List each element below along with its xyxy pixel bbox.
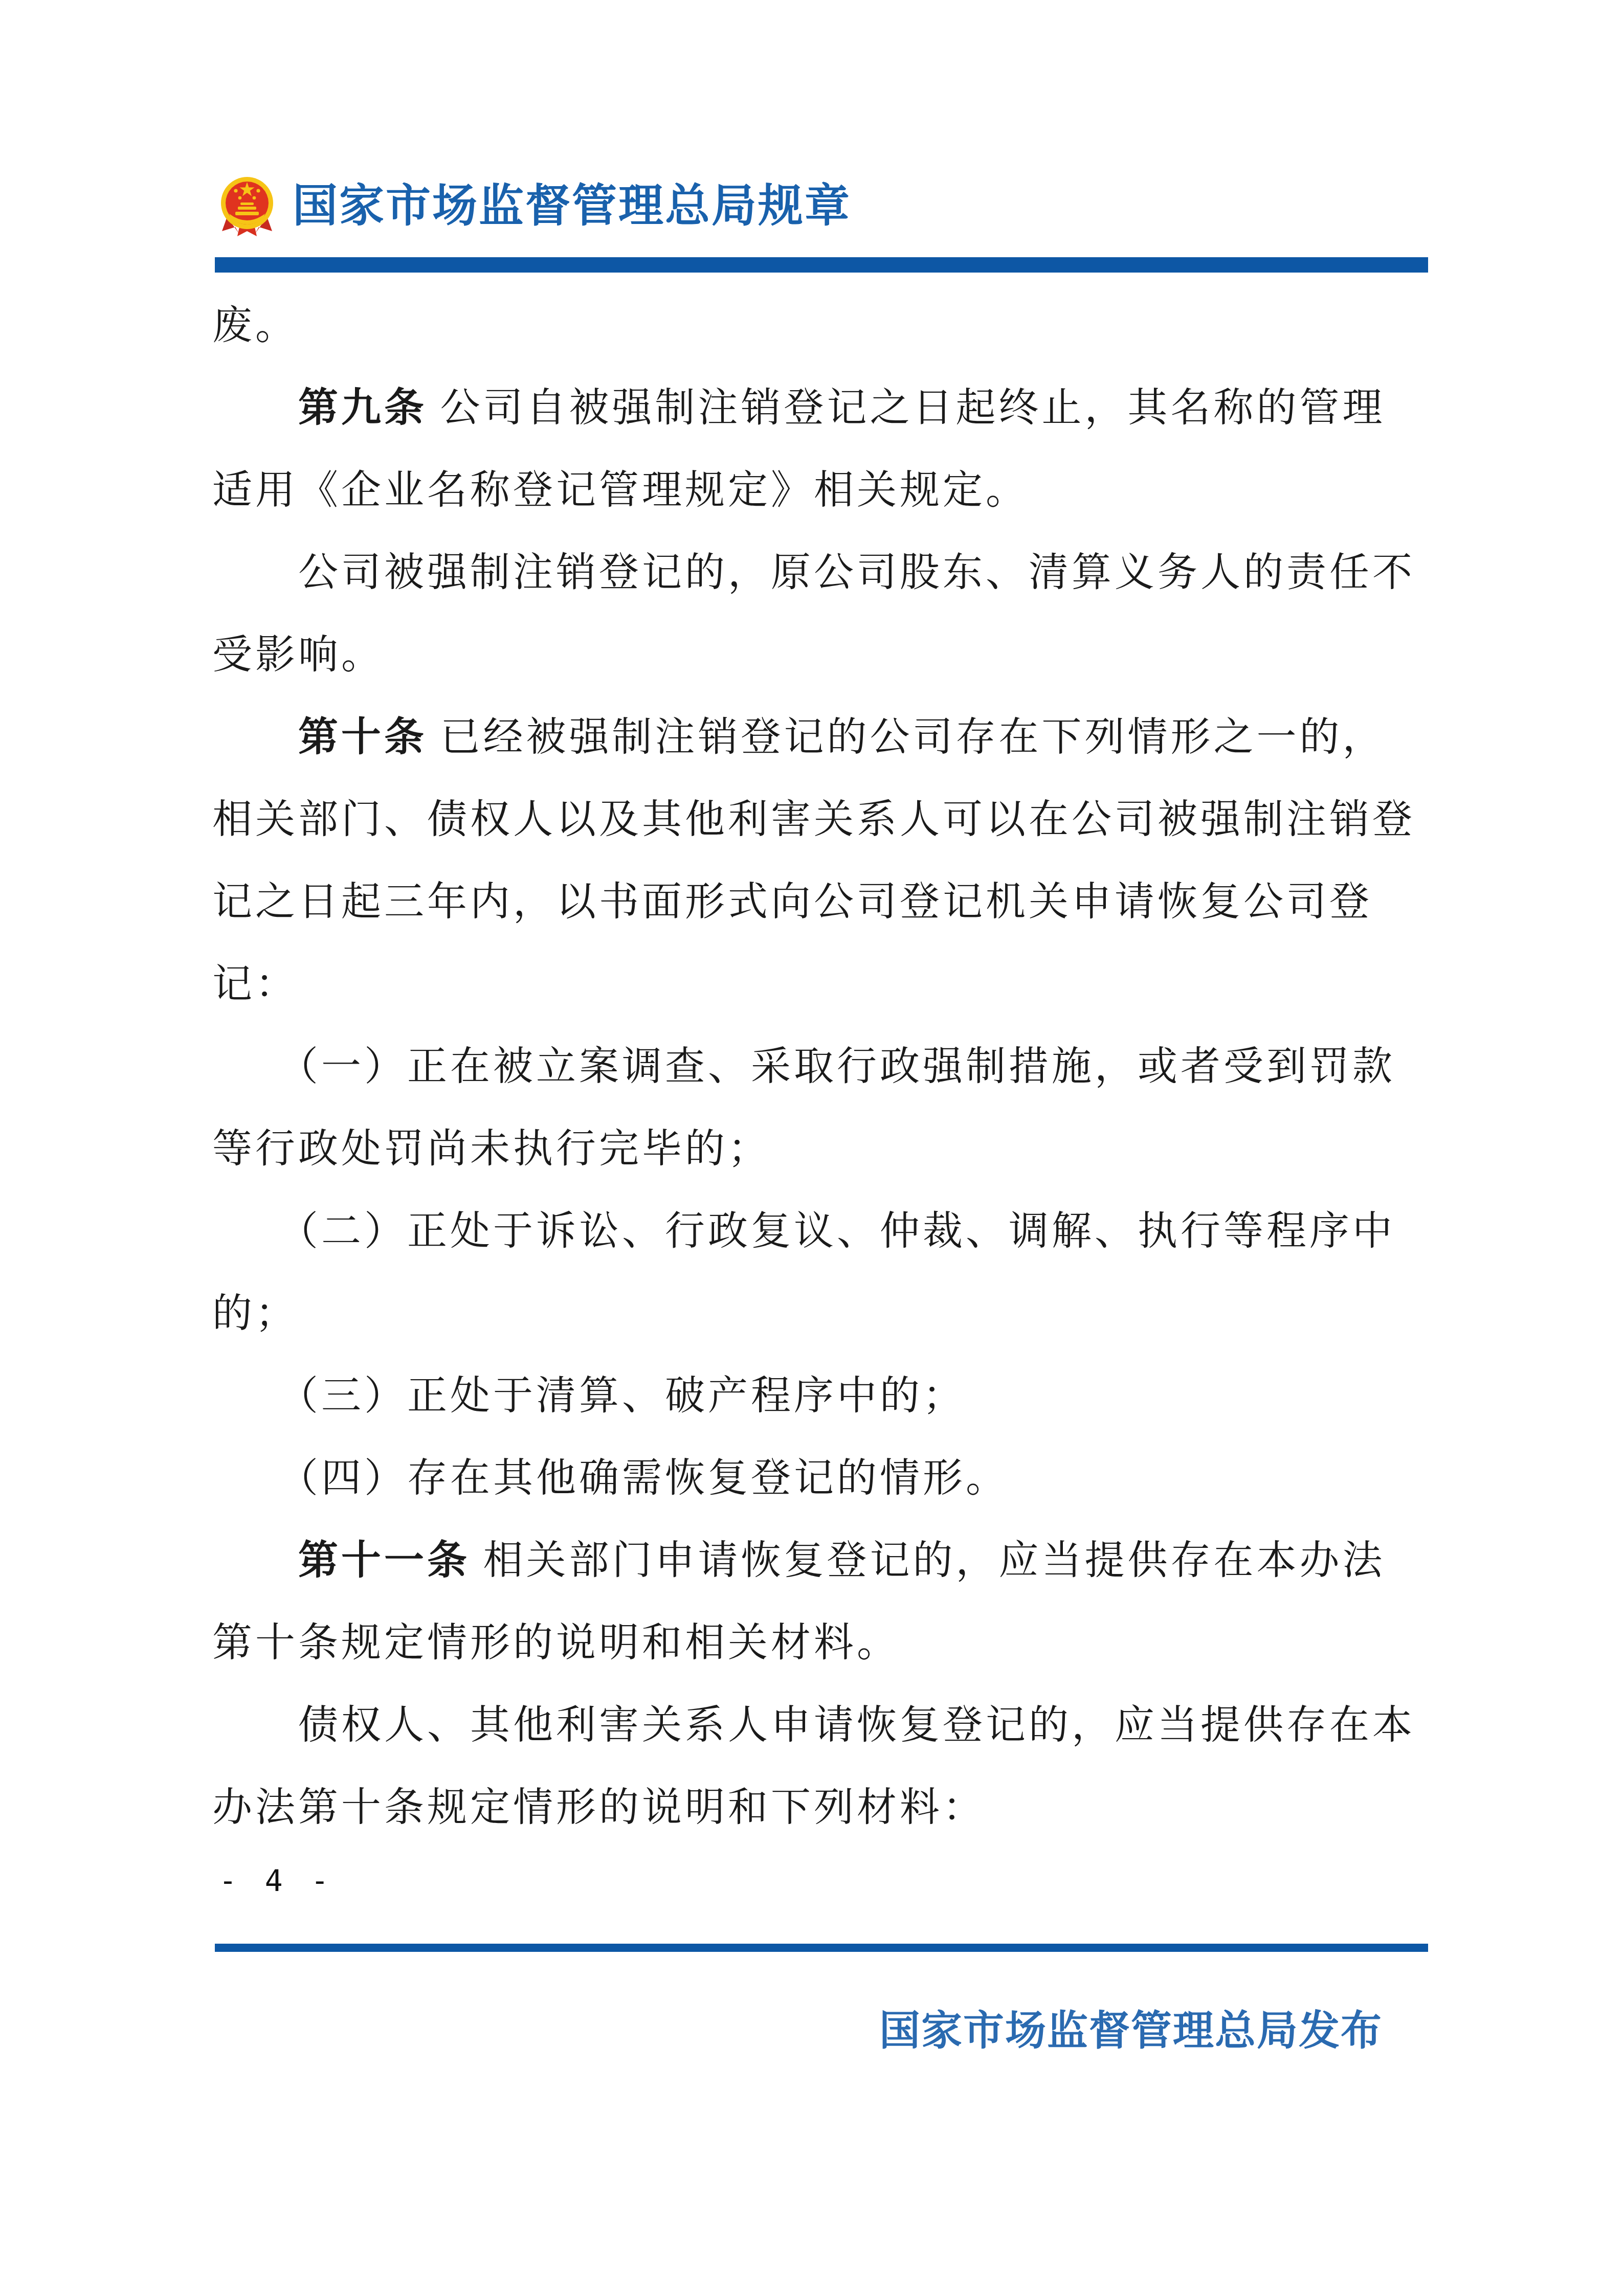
- body-line: 适用《企业名称登记管理规定》相关规定。: [212, 449, 1415, 531]
- page-number: - 4 -: [219, 1862, 334, 1899]
- body-line: 第九条 公司自被强制注销登记之日起终止，其名称的管理: [212, 367, 1415, 449]
- body-line: 废。: [212, 284, 1415, 367]
- document-page: 国家市场监督管理总局规章 废。 第九条 公司自被强制注销登记之日起终止，其名称的…: [0, 0, 1624, 2296]
- document-body: 废。 第九条 公司自被强制注销登记之日起终止，其名称的管理 适用《企业名称登记管…: [212, 284, 1415, 1849]
- body-line: 债权人、其他利害关系人申请恢复登记的，应当提供存在本: [212, 1684, 1415, 1766]
- body-line: （一）正在被立案调查、采取行政强制措施，或者受到罚款: [212, 1025, 1415, 1108]
- header-divider: [215, 257, 1428, 273]
- body-line: 受影响。: [212, 614, 1415, 696]
- body-line: 办法第十条规定情形的说明和下列材料：: [212, 1766, 1415, 1849]
- body-line: 的；: [212, 1272, 1415, 1355]
- body-line: （四）存在其他确需恢复登记的情形。: [212, 1437, 1415, 1519]
- footer-divider: [215, 1944, 1428, 1952]
- body-line: （二）正处于诉讼、行政复议、仲裁、调解、执行等程序中: [212, 1190, 1415, 1272]
- body-line: 第十条规定情形的说明和相关材料。: [212, 1602, 1415, 1684]
- body-line: 等行政处罚尚未执行完毕的；: [212, 1108, 1415, 1190]
- national-emblem-icon: [220, 174, 274, 238]
- body-line: （三）正处于清算、破产程序中的；: [212, 1355, 1415, 1437]
- body-line: 记：: [212, 943, 1415, 1025]
- body-line: 相关部门、债权人以及其他利害关系人可以在公司被强制注销登: [212, 778, 1415, 861]
- publisher-line: 国家市场监督管理总局发布: [879, 2006, 1383, 2057]
- body-line: 第十条 已经被强制注销登记的公司存在下列情形之一的，: [212, 696, 1415, 778]
- body-line: 公司被强制注销登记的，原公司股东、清算义务人的责任不: [212, 531, 1415, 614]
- page-title: 国家市场监督管理总局规章: [293, 178, 851, 235]
- body-line: 第十一条 相关部门申请恢复登记的，应当提供存在本办法: [212, 1519, 1415, 1602]
- body-line: 记之日起三年内，以书面形式向公司登记机关申请恢复公司登: [212, 861, 1415, 943]
